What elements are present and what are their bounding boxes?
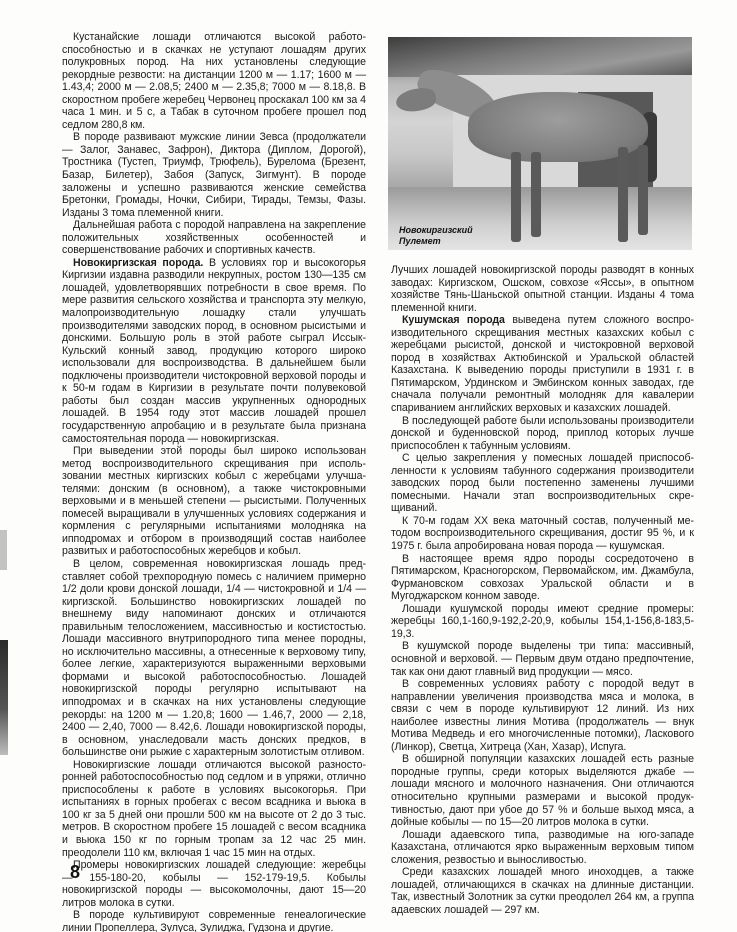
horse-leg xyxy=(511,152,521,242)
paragraph: Лошади адаевского типа, разводимые на юг… xyxy=(391,829,694,867)
horse-head xyxy=(394,86,437,115)
left-column: Кустанайские лошади отличаются высокой р… xyxy=(62,31,366,932)
paragraph: Лучших лошадей новокиргизской породы раз… xyxy=(391,264,694,314)
paragraph: В последующей работе были использованы п… xyxy=(391,415,694,453)
paragraph: В породе культивируют современные генеал… xyxy=(62,909,366,932)
scan-artifact xyxy=(0,640,8,755)
paragraph: В обширной популяции казахских лошадей е… xyxy=(391,753,694,828)
paragraph: Лошади кушумской породы имеют средние пр… xyxy=(391,603,694,641)
paragraph: Промеры новокиргизских лошадей следующие… xyxy=(62,859,366,909)
caption-line: Новокиргизский xyxy=(399,225,473,236)
paragraph: В целом, современная новокиргизская лоша… xyxy=(62,558,366,759)
section-novokirgiz-intro: Новокиргизская порода. В условиях гор и … xyxy=(62,257,366,445)
paragraph: Дальнейшая работа с породой направлена н… xyxy=(62,219,366,257)
section-heading: Кушумская порода xyxy=(402,314,505,326)
paragraph: Новокиргизские лошади отличаются высокой… xyxy=(62,759,366,859)
horse-leg xyxy=(618,147,628,242)
section-heading: Новокиргизская порода. xyxy=(73,257,203,269)
paragraph: С целью закрепления у помесных лошадей п… xyxy=(391,452,694,515)
paragraph-text: В условиях гор и высокого­рья Киргизии и… xyxy=(62,257,366,445)
paragraph: В настоящее время ядро породы сосредоточ… xyxy=(391,553,694,603)
paragraph: В современных условиях работу с породой … xyxy=(391,678,694,753)
book-page: Кустанайские лошади отличаются высокой р… xyxy=(0,0,737,932)
paragraph: В кушумской породе выделены три типа: ма… xyxy=(391,640,694,678)
paragraph: При выведении этой породы был широко исп… xyxy=(62,445,366,558)
section-kushum-intro: Кушумская порода выведена путем сложного… xyxy=(391,314,694,414)
paragraph: Кустанайские лошади отличаются высокой р… xyxy=(62,31,366,131)
horse-leg xyxy=(531,152,541,237)
horse-leg xyxy=(638,145,648,235)
caption-line: Пулемет xyxy=(399,236,473,247)
paragraph: К 70-м годам XX века маточный состав, по… xyxy=(391,515,694,553)
scan-artifact xyxy=(0,530,7,570)
paragraph: Среди казахских лошадей много иноходцев,… xyxy=(391,866,694,916)
photo-caption: Новокиргизский Пулемет xyxy=(399,225,473,246)
right-column: Лучших лошадей новокиргизской породы раз… xyxy=(391,264,694,916)
page-number: 8 xyxy=(70,862,80,883)
paragraph: В породе развивают мужские линии Зевса (… xyxy=(62,131,366,219)
paragraph-text: выведена путем сложного воспро­изводител… xyxy=(391,314,694,414)
horse-photo: Новокиргизский Пулемет xyxy=(388,37,692,250)
